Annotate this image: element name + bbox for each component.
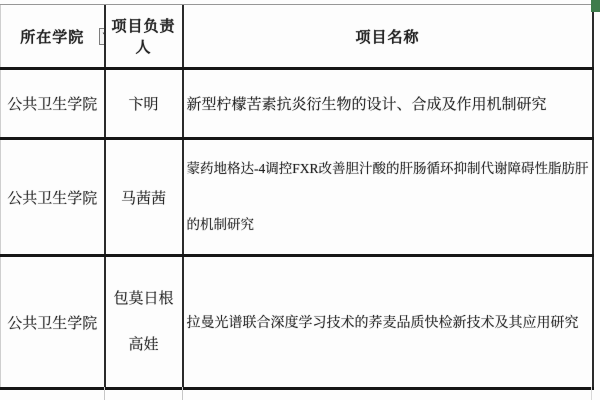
leader-text: 包莫日根高娃 <box>113 291 173 353</box>
header-leader-label: 项目负责人 <box>111 19 175 56</box>
table-row: 公共卫生学院 马茜茜 蒙药地格达-4调控FXR改善胆汁酸的肝肠循环抑制代谢障碍性… <box>1 139 593 256</box>
header-project-label: 项目名称 <box>355 30 419 46</box>
college-text: 公共卫生学院 <box>7 97 97 113</box>
header-project[interactable]: 项目名称 <box>183 5 593 69</box>
table-row: 公共卫生学院 包莫日根高娃 拉曼光谱联合深度学习技术的荞麦品质快检新技术及其应用… <box>1 256 593 389</box>
spreadsheet-view: 所在学院 项目负责人 项目名称 公共卫生学院 <box>0 0 600 400</box>
project-cell[interactable]: 新型柠檬苦素抗炎衍生物的设计、合成及作用机制研究 <box>183 69 593 139</box>
header-college-label: 所在学院 <box>20 30 84 46</box>
leader-text: 马茜茜 <box>121 191 166 207</box>
header-row: 所在学院 项目负责人 项目名称 <box>1 5 593 69</box>
table-row: 公共卫生学院 卞明 新型柠檬苦素抗炎衍生物的设计、合成及作用机制研究 <box>1 69 593 139</box>
header-college[interactable]: 所在学院 <box>1 5 105 69</box>
header-leader[interactable]: 项目负责人 <box>105 5 183 69</box>
gridline-right <box>591 387 592 400</box>
college-text: 公共卫生学院 <box>7 191 97 207</box>
project-cell[interactable]: 拉曼光谱联合深度学习技术的荞麦品质快检新技术及其应用研究 <box>183 256 593 389</box>
project-text: 拉曼光谱联合深度学习技术的荞麦品质快检新技术及其应用研究 <box>187 316 579 331</box>
projects-table: 所在学院 项目负责人 项目名称 公共卫生学院 <box>0 5 594 390</box>
leader-text: 卞明 <box>128 97 158 113</box>
gridline-col1 <box>104 387 105 400</box>
leader-cell[interactable]: 包莫日根高娃 <box>105 256 183 389</box>
project-text: 蒙药地格达-4调控FXR改善胆汁酸的肝肠循环抑制代谢障碍性脂肪肝的机制研究 <box>187 161 589 232</box>
selection-corner-marker <box>591 0 600 12</box>
college-text: 公共卫生学院 <box>7 316 97 332</box>
college-cell[interactable]: 公共卫生学院 <box>1 139 105 256</box>
project-cell[interactable]: 蒙药地格达-4调控FXR改善胆汁酸的肝肠循环抑制代谢障碍性脂肪肝的机制研究 <box>183 139 593 256</box>
gridline-col2 <box>182 387 183 400</box>
project-text: 新型柠檬苦素抗炎衍生物的设计、合成及作用机制研究 <box>187 97 547 113</box>
college-cell[interactable]: 公共卫生学院 <box>1 256 105 389</box>
leader-cell[interactable]: 卞明 <box>105 69 183 139</box>
college-cell[interactable]: 公共卫生学院 <box>1 69 105 139</box>
leader-cell[interactable]: 马茜茜 <box>105 139 183 256</box>
